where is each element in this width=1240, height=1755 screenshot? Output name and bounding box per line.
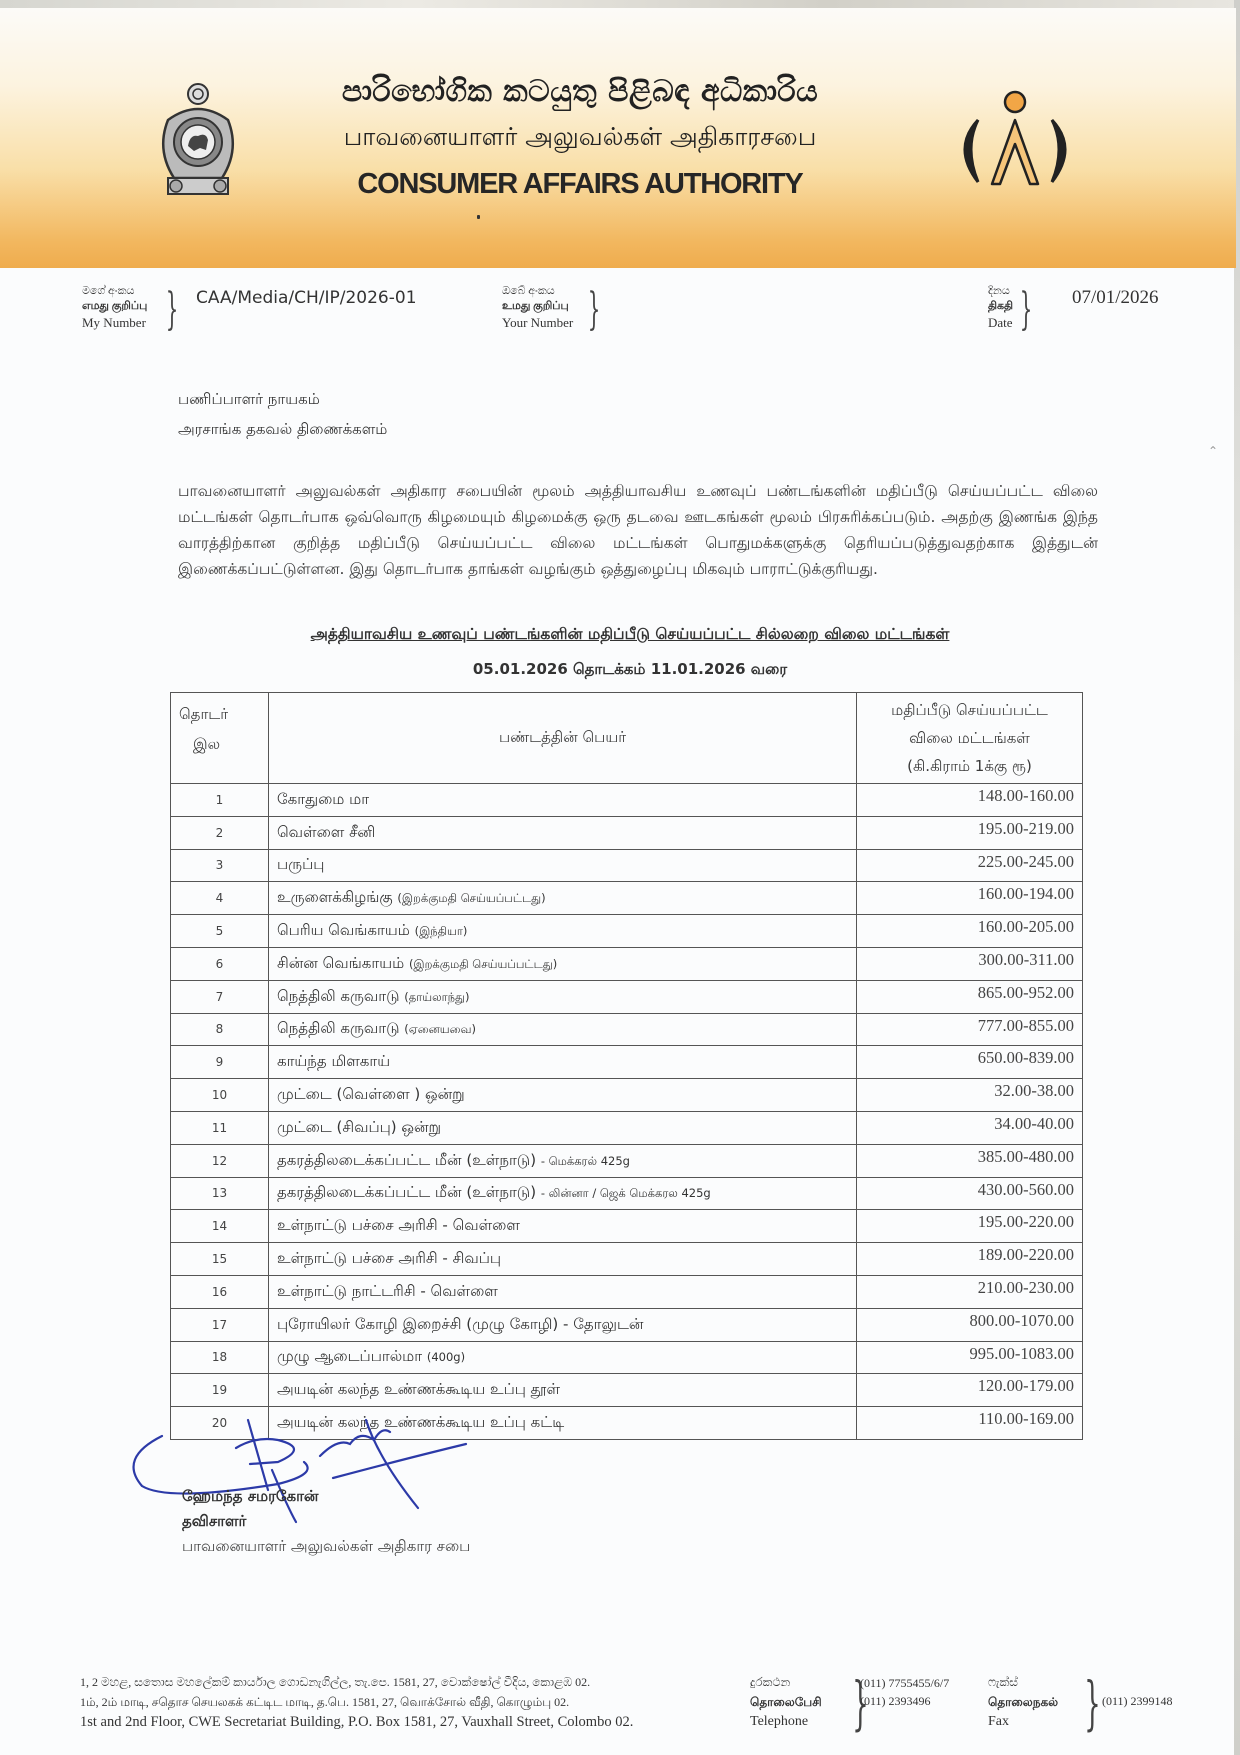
row-price-range: 195.00-219.00 [857, 816, 1083, 849]
row-item-name: நெத்திலி கருவாடு (ஏனையவை) [269, 1013, 857, 1046]
table-title: அத்தியாவசிய உணவுப் பண்டங்களின் மதிப்பீடு… [160, 625, 1100, 645]
fax-label-sinhala: ෆැක්ස් [988, 1672, 1058, 1692]
address-sinhala: 1, 2 මහළ, සතොස මහලේකම් කාර්යාල ගොඩනැගිල්… [80, 1672, 633, 1692]
addressee: பணிப்பாளர் நாயகம் அரசாங்க தகவல் திணைக்கள… [178, 384, 387, 444]
sri-lanka-emblem-icon [156, 80, 240, 200]
table-header-row: தொடர் இல பண்டத்தின் பெயர் மதிப்பீடு செய்… [171, 693, 1083, 784]
telephone-number-2: (011) 2393496 [860, 1692, 931, 1710]
row-item-name: புரோயிலர் கோழி இறைச்சி (முழு கோழி) - தோல… [269, 1308, 857, 1341]
table-row: 10முட்டை (வெள்ளை ) ஒன்று32.00-38.00 [171, 1079, 1083, 1112]
scan-edge-top [0, 0, 1240, 8]
row-serial: 5 [171, 915, 269, 948]
row-item-name: உள்நாட்டு நாட்டரிசி - வெள்ளை [269, 1275, 857, 1308]
item-name-text: உள்நாட்டு பச்சை அரிசி - சிவப்பு [277, 1249, 501, 1267]
item-name-text: நெத்திலி கருவாடு [277, 987, 399, 1005]
item-name-text: பருப்பு [277, 855, 324, 873]
item-name-note: - லின்னா / ஜெக் மெக்கரல 425g [541, 1186, 711, 1200]
item-name-note: (இறக்குமதி செய்யப்பட்டது) [397, 891, 545, 905]
row-serial: 17 [171, 1308, 269, 1341]
header-item-name: பண்டத்தின் பெயர் [269, 693, 857, 784]
brace-icon: } [588, 288, 601, 332]
table-row: 8நெத்திலி கருவாடு (ஏனையவை)777.00-855.00 [171, 1013, 1083, 1046]
row-price-range: 160.00-205.00 [857, 915, 1083, 948]
row-item-name: நெத்திலி கருவாடு (தாய்லாந்து) [269, 980, 857, 1013]
header-serial-line2: இல [179, 729, 260, 759]
brace-icon: } [1020, 288, 1033, 332]
item-name-text: அயடின் கலந்த உண்ணக்கூடிய உப்பு தூள் [277, 1380, 560, 1398]
row-serial: 12 [171, 1144, 269, 1177]
authority-name-sinhala: පාරිභෝගික කටයුතු පිළිබඳ අධිකාරිය [300, 74, 860, 109]
row-serial: 19 [171, 1374, 269, 1407]
item-name-note: - மெக்கரல் 425g [541, 1154, 630, 1168]
my-number-block: මගේ අංකය எமது குறிப்பு My Number [82, 284, 147, 331]
your-number-label-sinhala: ඔබේ අංකය [502, 284, 573, 299]
row-item-name: உள்நாட்டு பச்சை அரிசி - சிவப்பு [269, 1243, 857, 1276]
table-row: 17புரோயிலர் கோழி இறைச்சி (முழு கோழி) - த… [171, 1308, 1083, 1341]
item-name-note: (தாய்லாந்து) [404, 990, 469, 1004]
item-name-text: தகரத்திலடைக்கப்பட்ட மீன் (உள்நாடு) [277, 1151, 536, 1169]
table-period: 05.01.2026 தொடக்கம் 11.01.2026 வரை [160, 660, 1100, 680]
row-price-range: 160.00-194.00 [857, 882, 1083, 915]
row-item-name: அயடின் கலந்த உண்ணக்கூடிய உப்பு தூள் [269, 1374, 857, 1407]
table-row: 6சின்ன வெங்காயம் (இறக்குமதி செய்யப்பட்டத… [171, 947, 1083, 980]
row-price-range: 650.00-839.00 [857, 1046, 1083, 1079]
row-price-range: 430.00-560.00 [857, 1177, 1083, 1210]
date-label-sinhala: දිනය [988, 284, 1013, 299]
telephone-label-tamil: தொலைபேசி [750, 1692, 822, 1712]
table-row: 11முட்டை (சிவப்பு) ஒன்று34.00-40.00 [171, 1111, 1083, 1144]
row-item-name: தகரத்திலடைக்கப்பட்ட மீன் (உள்நாடு) - லின… [269, 1177, 857, 1210]
table-row: 2வெள்ளை சீனி195.00-219.00 [171, 816, 1083, 849]
row-price-range: 120.00-179.00 [857, 1374, 1083, 1407]
telephone-label-sinhala: දුරකථන [750, 1672, 822, 1692]
row-item-name: வெள்ளை சீனி [269, 816, 857, 849]
caa-logo-icon [948, 86, 1082, 190]
row-item-name: முட்டை (சிவப்பு) ஒன்று [269, 1111, 857, 1144]
date-label-tamil: திகதி [988, 299, 1013, 314]
row-price-range: 865.00-952.00 [857, 980, 1083, 1013]
row-serial: 2 [171, 816, 269, 849]
row-item-name: முட்டை (வெள்ளை ) ஒன்று [269, 1079, 857, 1112]
table-row: 15உள்நாட்டு பச்சை அரிசி - சிவப்பு189.00-… [171, 1243, 1083, 1276]
your-number-block: ඔබේ අංකය உமது குறிப்பு Your Number [502, 284, 573, 331]
table-row: 18முழு ஆடைப்பால்மா (400g)995.00-1083.00 [171, 1341, 1083, 1374]
item-name-text: உருளைக்கிழங்கு [277, 888, 393, 906]
item-name-text: வெள்ளை சீனி [277, 823, 375, 841]
fax-block: ෆැක්ස් தொலைநகல் Fax } (011) 2399148 [988, 1672, 1058, 1732]
row-price-range: 210.00-230.00 [857, 1275, 1083, 1308]
addressee-title: பணிப்பாளர் நாயகம் [178, 384, 387, 414]
scan-speck: ⌃ [1208, 444, 1218, 458]
row-price-range: 34.00-40.00 [857, 1111, 1083, 1144]
row-serial: 13 [171, 1177, 269, 1210]
item-name-text: காய்ந்த மிளகாய் [277, 1052, 390, 1070]
row-price-range: 300.00-311.00 [857, 947, 1083, 980]
signatory-name: ஹேமந்த சமரகோன் [182, 1484, 470, 1509]
item-name-text: சின்ன வெங்காயம் [277, 954, 404, 972]
row-price-range: 110.00-169.00 [857, 1407, 1083, 1440]
row-item-name: முழு ஆடைப்பால்மா (400g) [269, 1341, 857, 1374]
row-item-name: பருப்பு [269, 849, 857, 882]
table-row: 12தகரத்திலடைக்கப்பட்ட மீன் (உள்நாடு) - ம… [171, 1144, 1083, 1177]
row-item-name: உருளைக்கிழங்கு (இறக்குமதி செய்யப்பட்டது) [269, 882, 857, 915]
item-name-text: உள்நாட்டு நாட்டரிசி - வெள்ளை [277, 1282, 498, 1300]
row-item-name: சின்ன வெங்காயம் (இறக்குமதி செய்யப்பட்டது… [269, 947, 857, 980]
item-name-text: பெரிய வெங்காயம் [277, 921, 410, 939]
table-row: 19அயடின் கலந்த உண்ணக்கூடிய உப்பு தூள்120… [171, 1374, 1083, 1407]
header-price-line1: மதிப்பீடு செய்யப்பட்ட [865, 696, 1074, 724]
date-block: දිනය திகதி Date [988, 284, 1013, 331]
your-number-label-english: Your Number [502, 314, 573, 331]
header-price: மதிப்பீடு செய்யப்பட்ட விலை மட்டங்கள் (கி… [857, 693, 1083, 784]
row-price-range: 189.00-220.00 [857, 1243, 1083, 1276]
item-name-text: தகரத்திலடைக்கப்பட்ட மீன் (உள்நாடு) [277, 1183, 536, 1201]
item-name-text: நெத்திலி கருவாடு [277, 1019, 399, 1037]
footer-address: 1, 2 මහළ, සතොස මහලේකම් කාර්යාල ගොඩනැගිල්… [80, 1672, 633, 1732]
my-number-value: CAA/Media/CH/IP/2026-01 [196, 288, 417, 308]
row-serial: 9 [171, 1046, 269, 1079]
item-name-note: (ஏனையவை) [404, 1022, 476, 1036]
row-serial: 16 [171, 1275, 269, 1308]
telephone-block: දුරකථන தொலைபேசி Telephone } (011) 775545… [750, 1672, 822, 1732]
header-serial: தொடர் இல [171, 693, 269, 784]
letterhead: පාරිභෝගික කටයුතු පිළිබඳ අධිකාරිය பாவனையா… [0, 8, 1236, 268]
signatory-title: தவிசாளர் [182, 1509, 470, 1534]
authority-name-english: CONSUMER AFFAIRS AUTHORITY [300, 168, 860, 201]
item-name-note: (இந்தியா) [415, 924, 468, 938]
row-price-range: 800.00-1070.00 [857, 1308, 1083, 1341]
row-serial: 7 [171, 980, 269, 1013]
scan-speck [477, 215, 480, 219]
table-row: 14உள்நாட்டு பச்சை அரிசி - வெள்ளை195.00-2… [171, 1210, 1083, 1243]
row-serial: 18 [171, 1341, 269, 1374]
row-serial: 8 [171, 1013, 269, 1046]
fax-label-english: Fax [988, 1712, 1058, 1732]
address-english: 1st and 2nd Floor, CWE Secretariat Build… [80, 1712, 633, 1732]
signatory-organization: பாவனையாளர் அலுவல்கள் அதிகார சபை [182, 1534, 470, 1559]
row-price-range: 148.00-160.00 [857, 784, 1083, 817]
signatory-block: ஹேமந்த சமரகோன் தவிசாளர் பாவனையாளர் அலுவல… [182, 1484, 470, 1559]
row-price-range: 385.00-480.00 [857, 1144, 1083, 1177]
row-item-name: தகரத்திலடைக்கப்பட்ட மீன் (உள்நாடு) - மெக… [269, 1144, 857, 1177]
item-name-text: முழு ஆடைப்பால்மா [277, 1347, 422, 1365]
row-price-range: 225.00-245.00 [857, 849, 1083, 882]
addressee-department: அரசாங்க தகவல் திணைக்களம் [178, 414, 387, 444]
your-number-label-tamil: உமது குறிப்பு [502, 299, 573, 314]
item-name-text: முட்டை (சிவப்பு) ஒன்று [277, 1118, 441, 1136]
row-price-range: 995.00-1083.00 [857, 1341, 1083, 1374]
row-serial: 14 [171, 1210, 269, 1243]
item-name-text: முட்டை (வெள்ளை ) ஒன்று [277, 1085, 465, 1103]
row-serial: 4 [171, 882, 269, 915]
table-row: 9காய்ந்த மிளகாய்650.00-839.00 [171, 1046, 1083, 1079]
item-name-text: உள்நாட்டு பச்சை அரிசி - வெள்ளை [277, 1216, 520, 1234]
item-name-text: புரோயிலர் கோழி இறைச்சி (முழு கோழி) - தோல… [277, 1315, 643, 1333]
table-row: 4உருளைக்கிழங்கு (இறக்குமதி செய்யப்பட்டது… [171, 882, 1083, 915]
telephone-label-english: Telephone [750, 1712, 822, 1732]
date-value: 07/01/2026 [1072, 287, 1159, 309]
price-table: தொடர் இல பண்டத்தின் பெயர் மதிப்பீடு செய்… [170, 692, 1083, 1440]
fax-label-tamil: தொலைநகல் [988, 1692, 1058, 1712]
fax-number: (011) 2399148 [1102, 1692, 1173, 1710]
brace-icon: } [166, 288, 179, 332]
body-paragraph: பாவனையாளர் அலுவல்கள் அதிகார சபையின் மூலம… [178, 478, 1098, 582]
brace-icon: } [1084, 1674, 1101, 1732]
row-serial: 10 [171, 1079, 269, 1112]
table-row: 13தகரத்திலடைக்கப்பட்ட மீன் (உள்நாடு) - ல… [171, 1177, 1083, 1210]
my-number-label-tamil: எமது குறிப்பு [82, 299, 147, 314]
row-serial: 1 [171, 784, 269, 817]
header-serial-line1: தொடர் [179, 699, 260, 729]
authority-name-tamil: பாவனையாளர் அலுவல்கள் அதிகாரசபை [300, 122, 860, 155]
address-tamil: 1ம், 2ம் மாடி, சதொச செயலகக் கட்டிட மாடி,… [80, 1692, 633, 1712]
date-label-english: Date [988, 314, 1013, 331]
row-serial: 15 [171, 1243, 269, 1276]
row-item-name: கோதுமை மா [269, 784, 857, 817]
row-item-name: பெரிய வெங்காயம் (இந்தியா) [269, 915, 857, 948]
my-number-label-sinhala: මගේ අංකය [82, 284, 147, 299]
header-price-line3: (கி.கிராம் 1க்கு ரூ) [865, 752, 1074, 780]
table-row: 3பருப்பு225.00-245.00 [171, 849, 1083, 882]
table-row: 16உள்நாட்டு நாட்டரிசி - வெள்ளை210.00-230… [171, 1275, 1083, 1308]
my-number-label-english: My Number [82, 314, 147, 331]
table-row: 1கோதுமை மா148.00-160.00 [171, 784, 1083, 817]
row-price-range: 195.00-220.00 [857, 1210, 1083, 1243]
item-name-text: கோதுமை மா [277, 790, 369, 808]
telephone-number-1: (011) 7755455/6/7 [860, 1674, 949, 1692]
row-price-range: 777.00-855.00 [857, 1013, 1083, 1046]
row-item-name: உள்நாட்டு பச்சை அரிசி - வெள்ளை [269, 1210, 857, 1243]
header-price-line2: விலை மட்டங்கள் [865, 724, 1074, 752]
row-serial: 6 [171, 947, 269, 980]
item-name-note: (இறக்குமதி செய்யப்பட்டது) [409, 957, 557, 971]
row-serial: 3 [171, 849, 269, 882]
table-row: 5பெரிய வெங்காயம் (இந்தியா)160.00-205.00 [171, 915, 1083, 948]
row-serial: 11 [171, 1111, 269, 1144]
row-price-range: 32.00-38.00 [857, 1079, 1083, 1112]
item-name-note: (400g) [427, 1350, 465, 1364]
row-item-name: காய்ந்த மிளகாய் [269, 1046, 857, 1079]
table-row: 7நெத்திலி கருவாடு (தாய்லாந்து)865.00-952… [171, 980, 1083, 1013]
